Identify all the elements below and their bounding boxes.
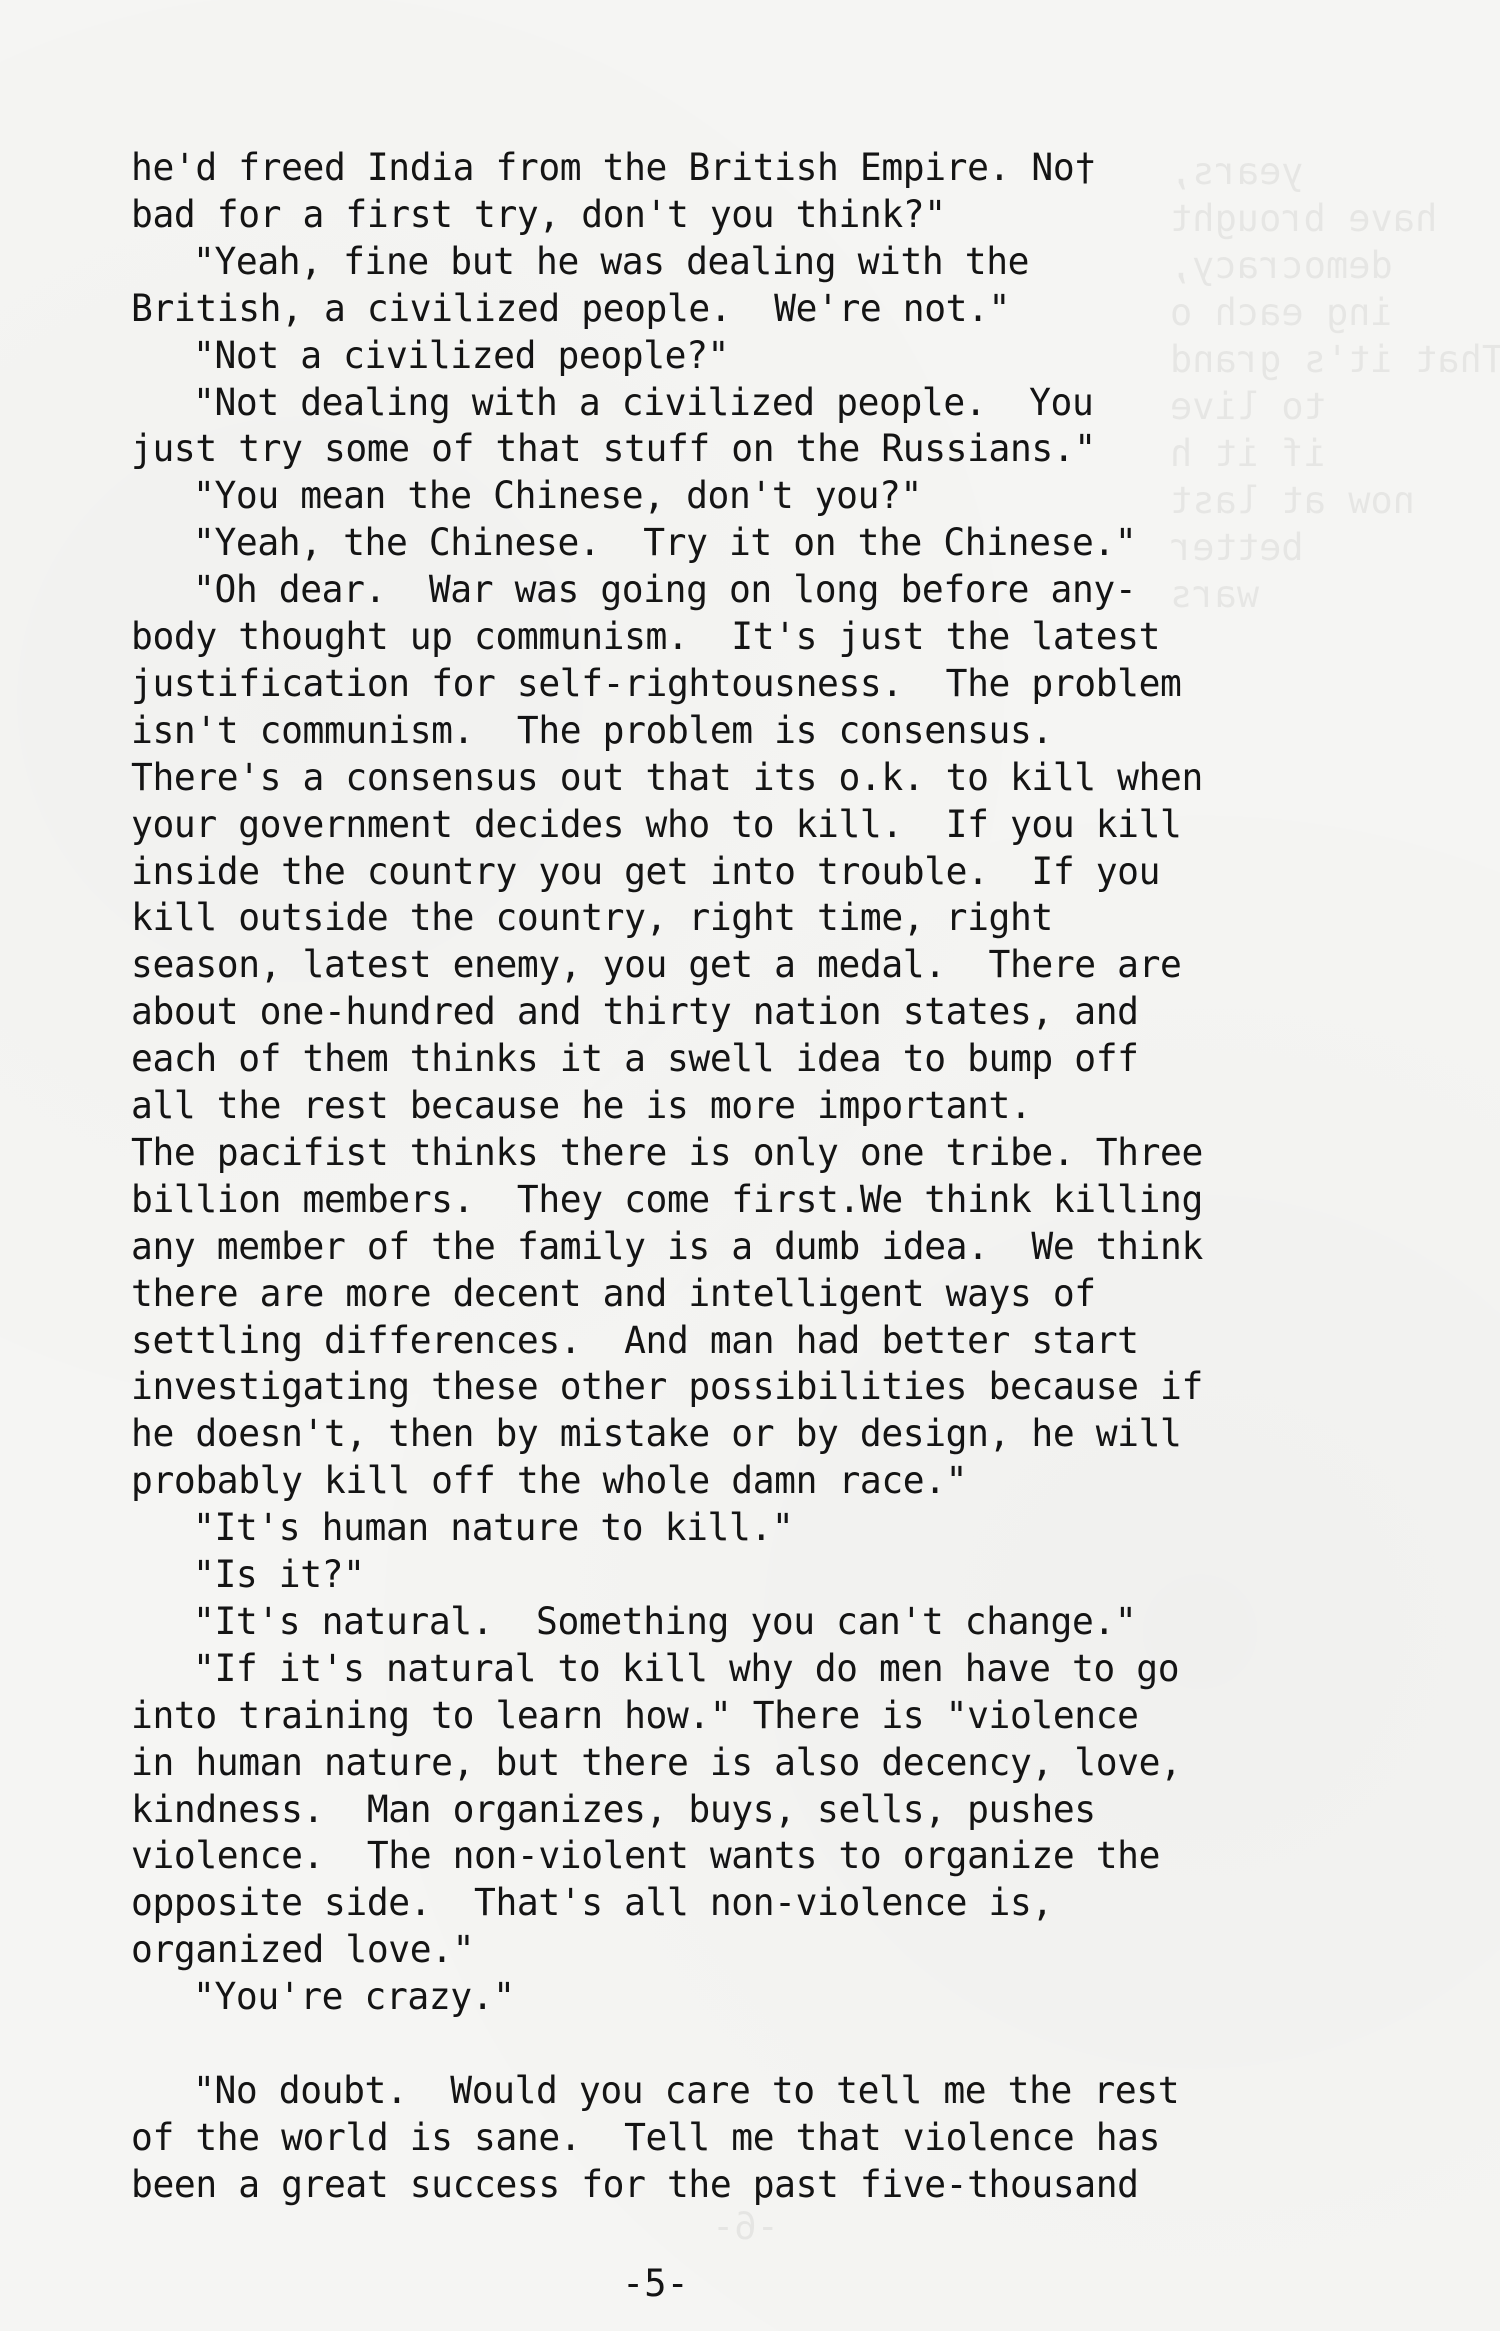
text-line: investigating these other possibilities … bbox=[131, 1368, 1203, 1405]
text-line: "No doubt. Would you care to tell me the… bbox=[193, 2072, 1179, 2109]
text-line: British, a civilized people. We're not." bbox=[131, 290, 1010, 327]
text-line: "You mean the Chinese, don't you?" bbox=[193, 477, 922, 514]
show-through-text: and hope. That it's grand bbox=[1170, 338, 1500, 381]
text-line: body thought up communism. It's just the… bbox=[131, 618, 1160, 655]
text-line: There's a consensus out that its o.k. to… bbox=[131, 759, 1203, 796]
show-through-text: if it h bbox=[1170, 432, 1326, 475]
text-line: inside the country you get into trouble.… bbox=[131, 853, 1160, 890]
show-through-text: better bbox=[1170, 526, 1304, 569]
text-line: organized love." bbox=[131, 1931, 474, 1968]
show-through-text: to live bbox=[1170, 385, 1326, 428]
show-through-page-number: -6- bbox=[712, 2205, 779, 2248]
text-line: opposite side. That's all non-violence i… bbox=[131, 1884, 1053, 1921]
text-line: your government decides who to kill. If … bbox=[131, 806, 1181, 843]
text-line: into training to learn how." There is "v… bbox=[131, 1697, 1139, 1734]
text-line: "Not a civilized people?" bbox=[193, 337, 729, 374]
text-line: "It's natural. Something you can't chang… bbox=[193, 1603, 1136, 1640]
text-line: kill outside the country, right time, ri… bbox=[131, 899, 1053, 936]
show-through-text: ing each o bbox=[1170, 291, 1393, 334]
show-through-text: have brought bbox=[1170, 197, 1437, 240]
text-line: been a great success for the past five-t… bbox=[131, 2166, 1139, 2203]
show-through-text: wars bbox=[1170, 573, 1259, 616]
text-line: "You're crazy." bbox=[193, 1978, 515, 2015]
text-line: bad for a first try, don't you think?" bbox=[131, 196, 946, 233]
text-line: he'd freed India from the British Empire… bbox=[131, 149, 1096, 186]
text-line: each of them thinks it a swell idea to b… bbox=[131, 1040, 1139, 1077]
text-line: there are more decent and intelligent wa… bbox=[131, 1275, 1096, 1312]
text-line: "Oh dear. War was going on long before a… bbox=[193, 571, 1136, 608]
text-line: probably kill off the whole damn race." bbox=[131, 1462, 967, 1499]
text-line: The pacifist thinks there is only one tr… bbox=[131, 1134, 1203, 1171]
text-line: "Is it?" bbox=[193, 1556, 365, 1593]
show-through-text: years, bbox=[1170, 150, 1304, 193]
page-number: -5- bbox=[622, 2262, 689, 2305]
show-through-text: democracy, bbox=[1170, 244, 1393, 287]
text-line: in human nature, but there is also decen… bbox=[131, 1744, 1181, 1781]
text-line: any member of the family is a dumb idea.… bbox=[131, 1228, 1203, 1265]
text-line: kindness. Man organizes, buys, sells, pu… bbox=[131, 1791, 1096, 1828]
text-line: all the rest because he is more importan… bbox=[131, 1087, 1031, 1124]
text-line: "If it's natural to kill why do men have… bbox=[193, 1650, 1179, 1687]
text-line: "Not dealing with a civilized people. Yo… bbox=[193, 384, 1093, 421]
show-through-text: now at last bbox=[1170, 479, 1415, 522]
document-page: years,have broughtdemocracy,ing each oan… bbox=[0, 0, 1500, 2331]
text-line: season, latest enemy, you get a medal. T… bbox=[131, 946, 1181, 983]
text-line: violence. The non-violent wants to organ… bbox=[131, 1837, 1160, 1874]
text-line: he doesn't, then by mistake or by design… bbox=[131, 1415, 1181, 1452]
text-line: about one-hundred and thirty nation stat… bbox=[131, 993, 1139, 1030]
text-line: isn't communism. The problem is consensu… bbox=[131, 712, 1053, 749]
text-line: settling differences. And man had better… bbox=[131, 1322, 1139, 1359]
text-line: "Yeah, fine but he was dealing with the bbox=[193, 243, 1029, 280]
text-line: of the world is sane. Tell me that viole… bbox=[131, 2119, 1160, 2156]
text-line: "It's human nature to kill." bbox=[193, 1509, 793, 1546]
text-line: "Yeah, the Chinese. Try it on the Chines… bbox=[193, 524, 1136, 561]
text-line: billion members. They come first.We thin… bbox=[131, 1181, 1203, 1218]
text-line: justification for self-rightousness. The… bbox=[131, 665, 1181, 702]
text-line: just try some of that stuff on the Russi… bbox=[131, 430, 1096, 467]
